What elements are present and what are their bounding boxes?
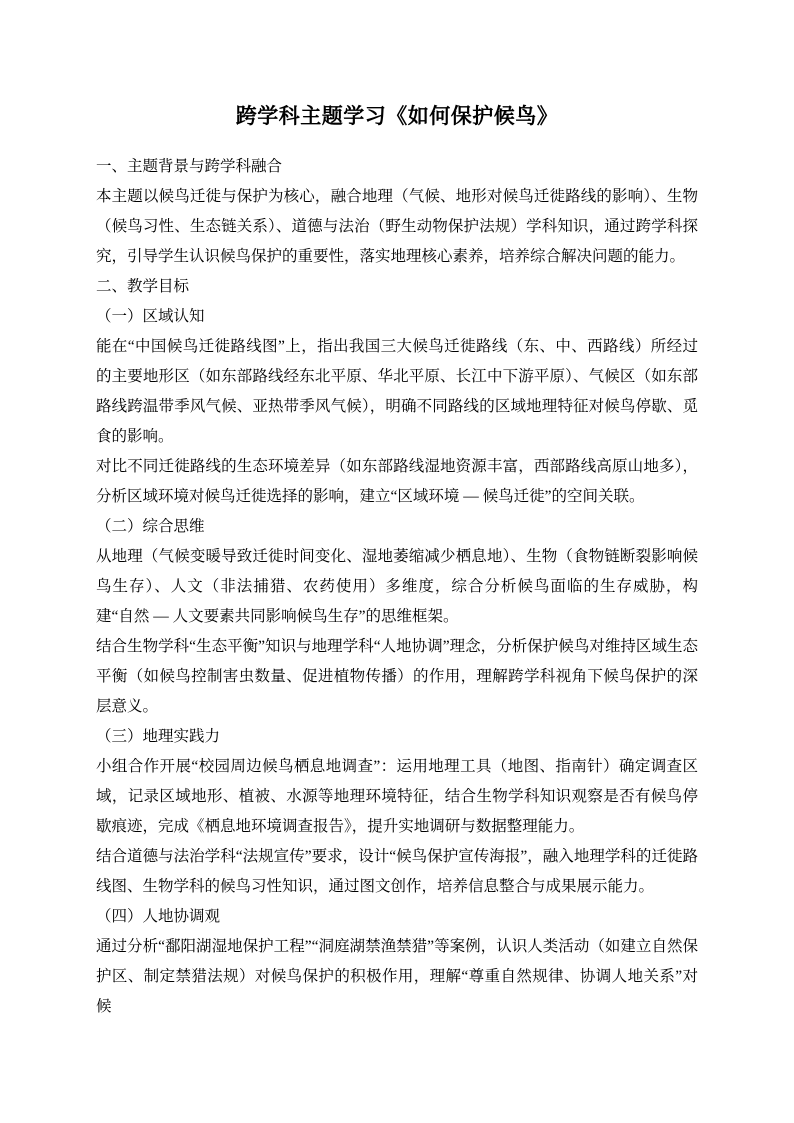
section-heading: 一、主题背景与跨学科融合 bbox=[96, 152, 698, 182]
document-title: 跨学科主题学习《如何保护候鸟》 bbox=[96, 100, 698, 133]
document-body: 一、主题背景与跨学科融合本主题以候鸟迁徙与保护为核心，融合地理（气候、地形对候鸟… bbox=[96, 152, 698, 1022]
paragraph: 小组合作开展“校园周边候鸟栖息地调查”：运用地理工具（地图、指南针）确定调查区域… bbox=[96, 752, 698, 842]
paragraph: 本主题以候鸟迁徙与保护为核心，融合地理（气候、地形对候鸟迁徙路线的影响）、生物（… bbox=[96, 182, 698, 272]
document-page: 跨学科主题学习《如何保护候鸟》 一、主题背景与跨学科融合本主题以候鸟迁徙与保护为… bbox=[0, 0, 794, 1123]
paragraph: 对比不同迁徙路线的生态环境差异（如东部路线湿地资源丰富，西部路线高原山地多），分… bbox=[96, 452, 698, 512]
paragraph: 结合道德与法治学科“法规宣传”要求，设计“候鸟保护宣传海报”，融入地理学科的迁徙… bbox=[96, 842, 698, 902]
section-heading: （三）地理实践力 bbox=[96, 722, 698, 752]
section-heading: （二）综合思维 bbox=[96, 512, 698, 542]
section-heading: （四）人地协调观 bbox=[96, 902, 698, 932]
paragraph: 能在“中国候鸟迁徙路线图”上，指出我国三大候鸟迁徙路线（东、中、西路线）所经过的… bbox=[96, 332, 698, 452]
section-heading: 二、教学目标 bbox=[96, 272, 698, 302]
paragraph: 从地理（气候变暖导致迁徙时间变化、湿地萎缩减少栖息地）、生物（食物链断裂影响候鸟… bbox=[96, 542, 698, 632]
section-heading: （一）区域认知 bbox=[96, 302, 698, 332]
paragraph: 结合生物学科“生态平衡”知识与地理学科“人地协调”理念，分析保护候鸟对维持区域生… bbox=[96, 632, 698, 722]
paragraph: 通过分析“鄱阳湖湿地保护工程”“洞庭湖禁渔禁猎”等案例，认识人类活动（如建立自然… bbox=[96, 932, 698, 1022]
